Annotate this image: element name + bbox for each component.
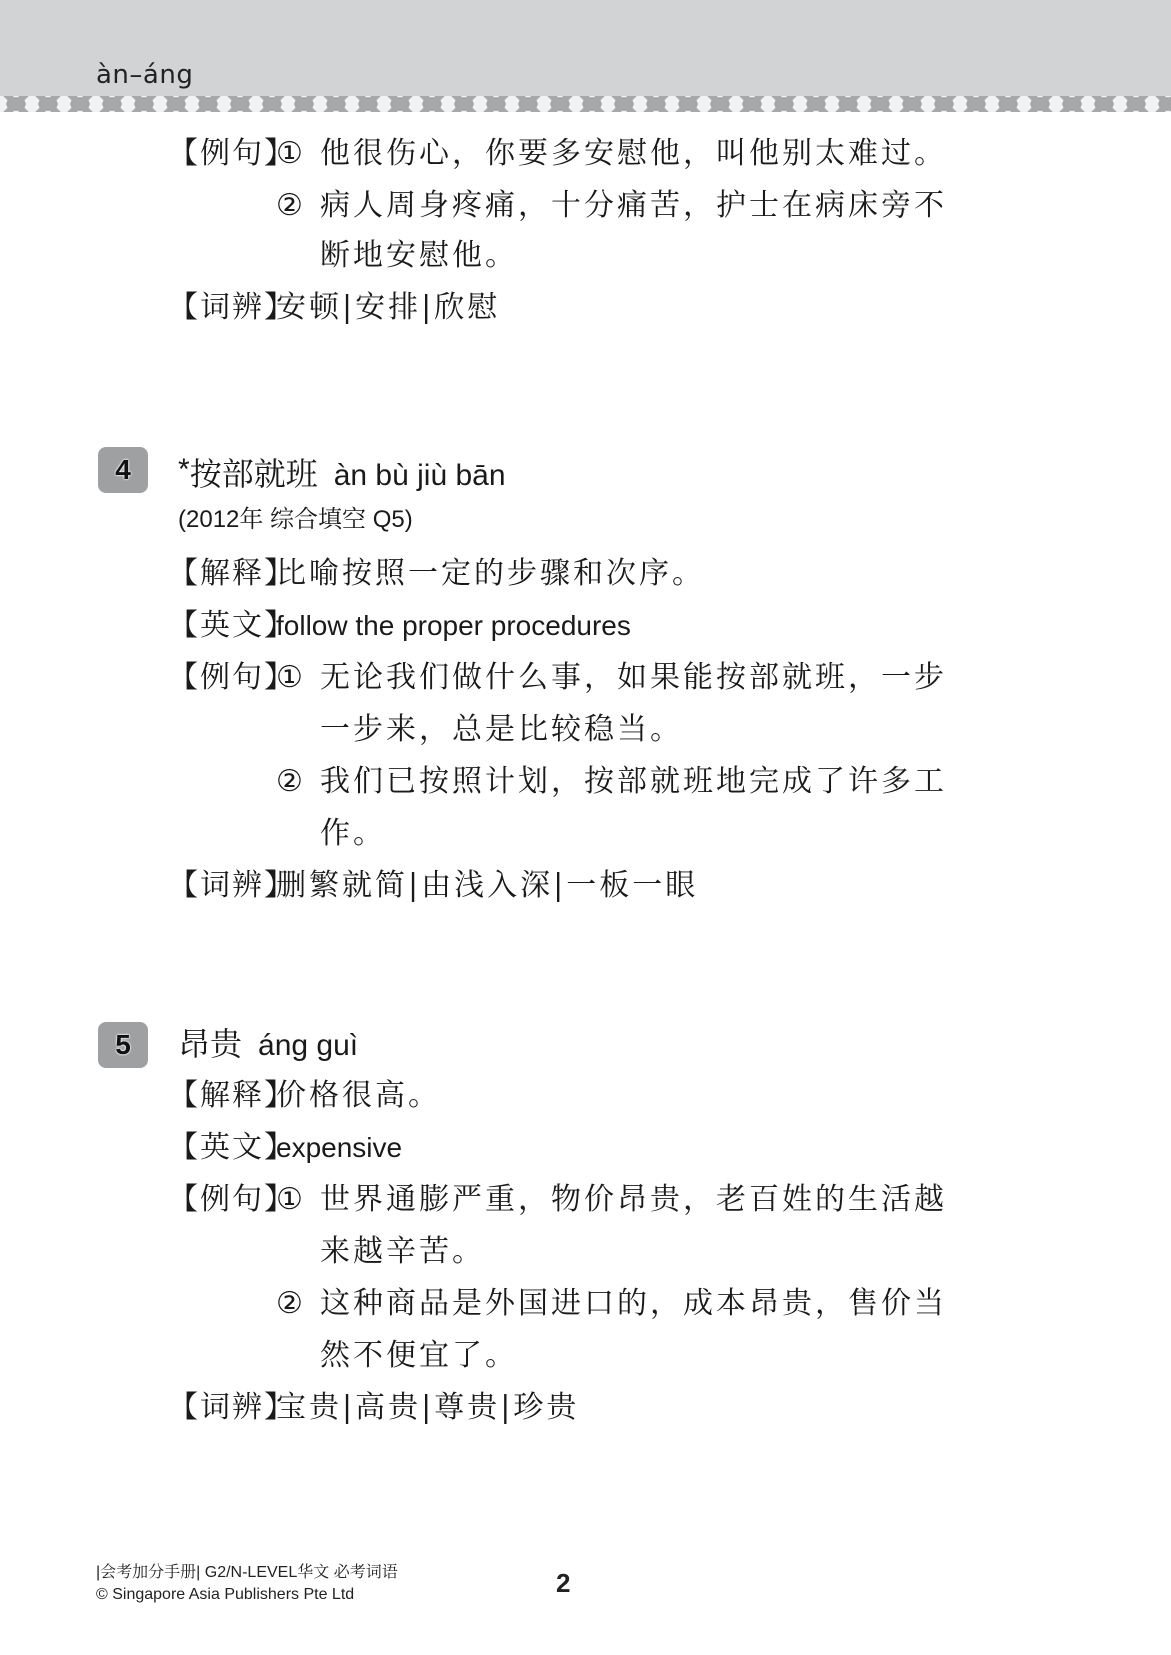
example-line: 来越辛苦。 bbox=[320, 1232, 485, 1272]
example-marker: ② bbox=[276, 1284, 306, 1324]
example-line: 然不便宜了。 bbox=[320, 1336, 518, 1376]
example-marker: ② bbox=[276, 186, 306, 226]
entry-number-badge: 4 bbox=[98, 447, 148, 493]
header-pinyin-range: àn–áng bbox=[96, 60, 193, 90]
entry-heading: 昂贵áng guì bbox=[178, 1022, 358, 1068]
entry-heading: *按部就班àn bù jiù bān bbox=[178, 448, 506, 498]
copyright-notice: © Singapore Asia Publishers Pte Ltd bbox=[96, 1584, 398, 1606]
entry-pinyin: àn bù jiù bān bbox=[334, 459, 506, 492]
distinguish-words: 删繁就简|由浅入深|一板一眼 bbox=[276, 866, 698, 906]
example-marker: ② bbox=[276, 762, 306, 802]
example-line: 这种商品是外国进口的，成本昂贵，售价当 bbox=[320, 1284, 947, 1324]
page-footer: |会考加分手册| G2/N-LEVEL华文 必考词语 © Singapore A… bbox=[96, 1562, 398, 1606]
entry-word: 按部就班 bbox=[190, 455, 318, 493]
english-text: expensive bbox=[276, 1128, 402, 1168]
example-marker: ① bbox=[276, 134, 306, 174]
example-line: 我们已按照计划，按部就班地完成了许多工 bbox=[320, 762, 947, 802]
example-marker: ① bbox=[276, 1180, 306, 1220]
decorative-border-pattern bbox=[0, 96, 1171, 112]
distinguish-words: 安顿|安排|欣慰 bbox=[276, 288, 500, 328]
entry-pinyin: áng guì bbox=[258, 1029, 358, 1062]
page-header: àn–áng bbox=[0, 0, 1171, 96]
english-text: follow the proper procedures bbox=[276, 606, 631, 646]
example-line: 作。 bbox=[320, 814, 386, 854]
explain-text: 比喻按照一定的步骤和次序。 bbox=[276, 554, 705, 594]
example-line: 一步来，总是比较稳当。 bbox=[320, 710, 683, 750]
example-line: 世界通膨严重，物价昂贵，老百姓的生活越 bbox=[320, 1180, 947, 1220]
example-line: 病人周身疼痛，十分痛苦，护士在病床旁不 bbox=[320, 186, 947, 226]
key-word-star-icon: * bbox=[178, 453, 190, 486]
entry-source: (2012年 综合填空 Q5) bbox=[178, 505, 413, 535]
entry-number-badge: 5 bbox=[98, 1022, 148, 1068]
book-title: |会考加分手册| G2/N-LEVEL华文 必考词语 bbox=[96, 1562, 398, 1584]
example-marker: ① bbox=[276, 658, 306, 698]
page-number: 2 bbox=[556, 1568, 570, 1599]
example-line: 他很伤心，你要多安慰他，叫他别太难过。 bbox=[320, 134, 947, 174]
example-line: 断地安慰他。 bbox=[320, 236, 518, 276]
entry-word: 昂贵 bbox=[178, 1025, 242, 1063]
explain-text: 价格很高。 bbox=[276, 1076, 441, 1116]
distinguish-words: 宝贵|高贵|尊贵|珍贵 bbox=[276, 1388, 579, 1428]
example-line: 无论我们做什么事，如果能按部就班，一步 bbox=[320, 658, 947, 698]
